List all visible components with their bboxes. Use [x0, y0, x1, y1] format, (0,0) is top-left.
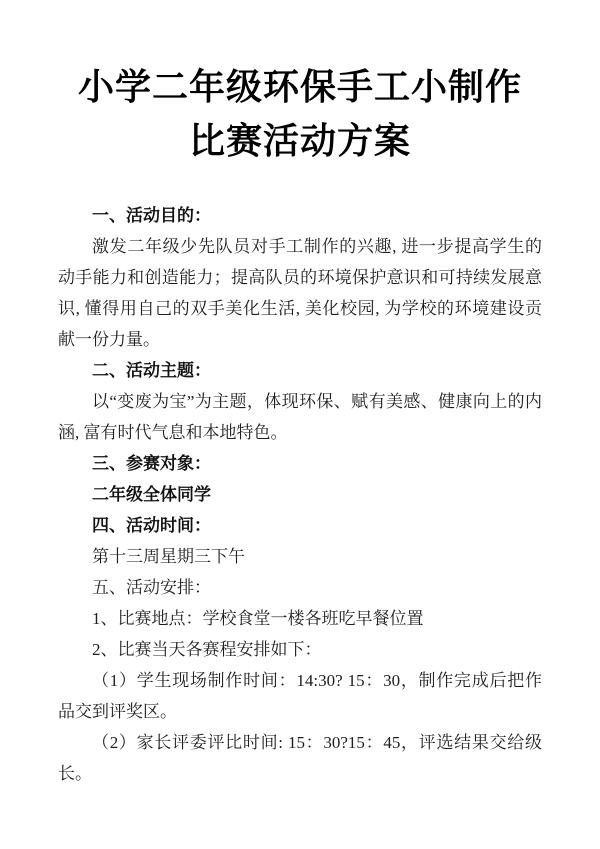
section-heading: 一、活动目的： [58, 200, 542, 231]
document-title: 小学二年级环保手工小制作 比赛活动方案 [58, 60, 542, 168]
section-heading: 二年级全体同学 [58, 479, 542, 510]
section-heading: 二、活动主题： [58, 355, 542, 386]
section-heading: 四、活动时间： [58, 510, 542, 541]
document-title-line2: 比赛活动方案 [189, 120, 411, 161]
paragraph: 以“变废为宝”为主题，体现环保、赋有美感、健康向上的内涵, 富有时代气息和本地特… [58, 386, 542, 448]
paragraph: 2、比赛当天各赛程安排如下： [58, 634, 542, 665]
document-page: 小学二年级环保手工小制作 比赛活动方案 一、活动目的：激发二年级少先队员对手工制… [0, 0, 600, 849]
document-body: 一、活动目的：激发二年级少先队员对手工制作的兴趣, 进一步提高学生的动手能力和创… [58, 200, 542, 789]
paragraph: （2）家长评委评比时间: 15：30?15：45，评选结果交给级长。 [58, 727, 542, 789]
section-heading: 三、参赛对象： [58, 448, 542, 479]
document-title-line1: 小学二年级环保手工小制作 [78, 66, 522, 107]
paragraph: 激发二年级少先队员对手工制作的兴趣, 进一步提高学生的动手能力和创造能力；提高队… [58, 231, 542, 355]
paragraph: 第十三周星期三下午 [58, 541, 542, 572]
paragraph: 五、活动安排： [58, 572, 542, 603]
paragraph: （1）学生现场制作时间：14:30? 15：30，制作完成后把作品交到评奖区。 [58, 665, 542, 727]
paragraph: 1、比赛地点：学校食堂一楼各班吃早餐位置 [58, 603, 542, 634]
